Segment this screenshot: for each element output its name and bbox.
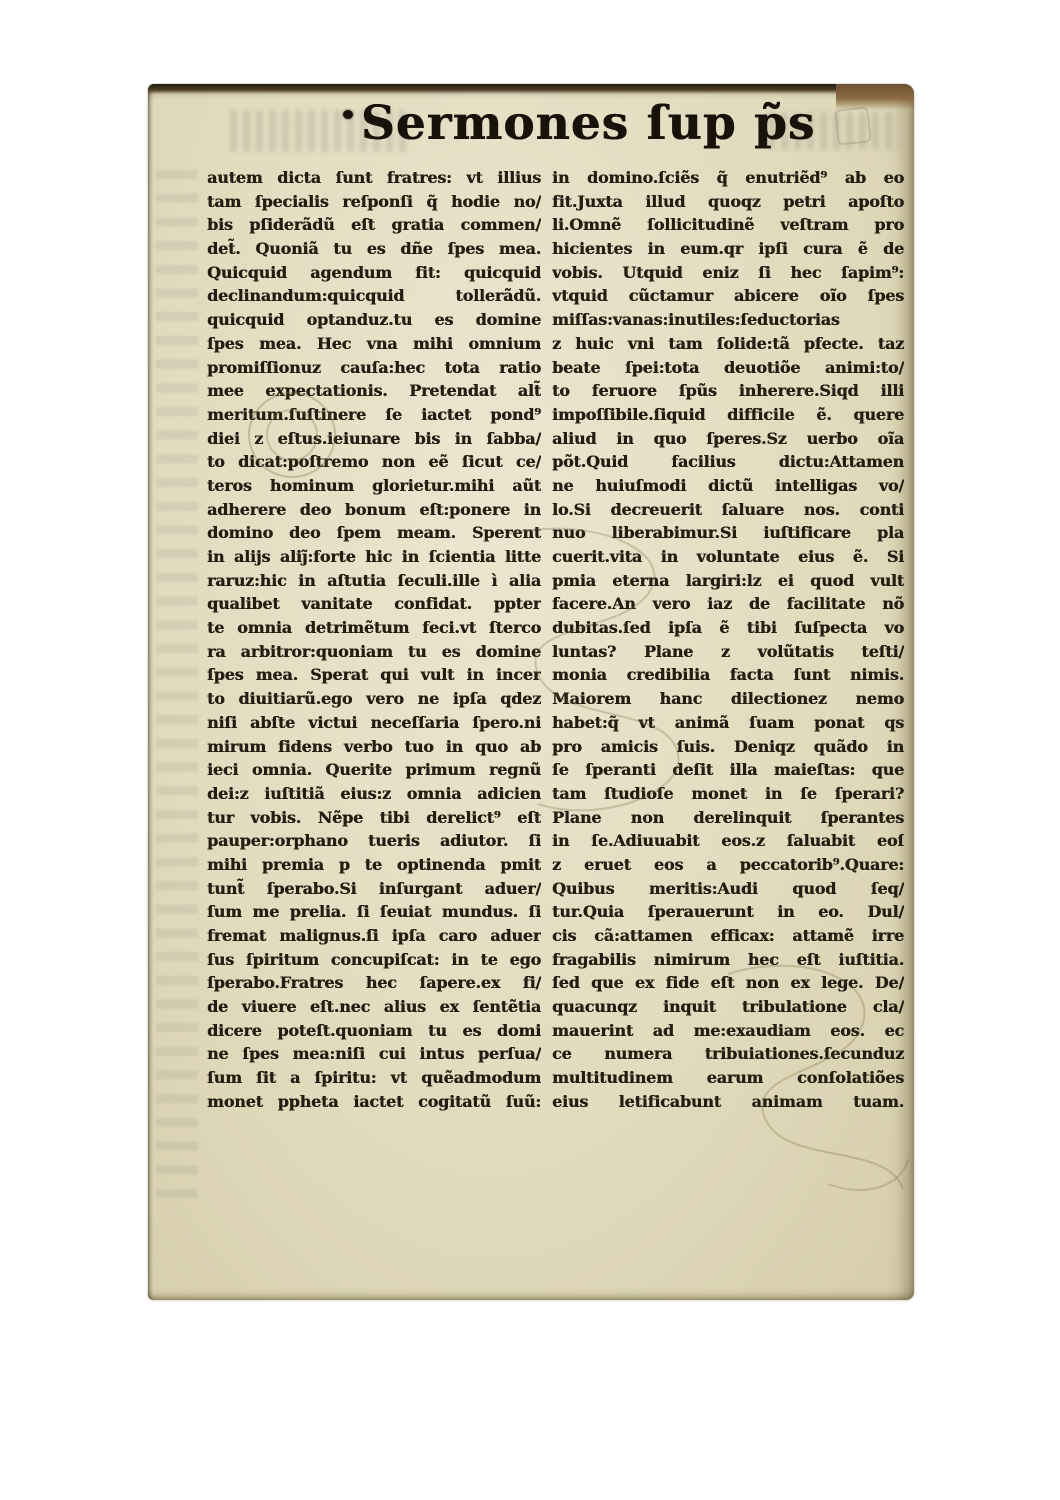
text-column-left: autem dicta ſunt fratres: vt illiustam ſ… <box>207 166 541 1114</box>
text-line: vtquid cũctamur abicere oĩo ſpes <box>552 284 904 308</box>
text-column-right: in domino.ſciẽs q̃ enutriẽd⁹ ab eofit.Ju… <box>552 166 904 1114</box>
page-title: Sermones ſup p̃s <box>288 96 888 158</box>
text-line: ſus ſpiritum concupiſcat: in te ego <box>207 948 541 972</box>
text-line: in domino.ſciẽs q̃ enutriẽd⁹ ab eo <box>552 166 904 190</box>
text-line: facere.An vero iaz de facilitate nõ <box>552 592 904 616</box>
text-line: ieci omnia. Querite primum regnũ <box>207 758 541 782</box>
text-line: eius letificabunt animam tuam. <box>552 1090 904 1114</box>
text-line: Quicquid agendum fit: quicquid <box>207 261 541 285</box>
text-line: declinandum:quicquid tollerãdũ. <box>207 284 541 308</box>
text-line: ce numera tribuiationes.ſecunduz <box>552 1042 904 1066</box>
text-line: Plane non derelinquit ſperantes <box>552 806 904 830</box>
text-line: hicientes in eum.qr ipſi cura ẽ de <box>552 237 904 261</box>
text-line: pauper:orphano tueris adiutor. ſi <box>207 829 541 853</box>
text-line: nuo liberabimur.Si iuſtificare pla <box>552 521 904 545</box>
text-line: z huic vni tam ſolide:tã pfecte. taz <box>552 332 904 356</box>
embossed-stamp-inner-circle <box>266 409 318 461</box>
text-line: luntas? Plane z volũtatis teſti/ <box>552 640 904 664</box>
text-line: to feruore ſpũs inherere.Siqd illi <box>552 379 904 403</box>
text-line: aliud in quo ſperes.Sz uerbo oĩa <box>552 427 904 451</box>
text-line: habet:q̃ vt animã ſuam ponat qs <box>552 711 904 735</box>
text-line: fit.Juxta illud quoqz petri apoſto <box>552 190 904 214</box>
text-line: ſe ſperanti deſit illa maieſtas: que <box>552 758 904 782</box>
text-line: ſperabo.Fratres hec ſapere.ex fi/ <box>207 971 541 995</box>
text-line: niſi abſte victui neceſſaria ſpero.ni <box>207 711 541 735</box>
text-line: dubitas.ſed ipſa ẽ tibi ſuſpecta vo <box>552 616 904 640</box>
text-line: tur.Quia ſperauerunt in eo. Dul/ <box>552 900 904 924</box>
text-line: mirum fidens verbo tuo in quo ab <box>207 735 541 759</box>
text-line: in alijs alij̃:forte hic in ſcientia lit… <box>207 545 541 569</box>
text-line: to diuitiarũ.ego vero ne ipſa qdez <box>207 687 541 711</box>
text-line: ne huiuſmodi dictũ intelligas vo/ <box>552 474 904 498</box>
text-line: mauerint ad me:exaudiam eos. ec <box>552 1019 904 1043</box>
text-line: adherere deo bonum eſt:ponere in <box>207 498 541 522</box>
text-line: tunt̃ ſperabo.Si inſurgant aduer/ <box>207 877 541 901</box>
text-line: mee expectationis. Pretendat alt̃ <box>207 379 541 403</box>
text-line: ne ſpes mea:niſi cui intus perſua/ <box>207 1042 541 1066</box>
text-line: tam ſtudioſe monet in ſe ſperari? <box>552 782 904 806</box>
text-line: in ſe.Adiuuabit eos.z ſaluabit eoſ <box>552 829 904 853</box>
text-line: ſpes mea. Hec vna mihi omnium <box>207 332 541 356</box>
scan-canvas: { "colors": { "paper": "#e3dcc0", "ink":… <box>0 0 1060 1500</box>
embossed-stamp-circle <box>248 392 336 478</box>
text-line: pro amicis ſuis. Deniqz quãdo in <box>552 735 904 759</box>
text-line: qualibet vanitate confidat. ppter <box>207 592 541 616</box>
text-line: monia credibilia facta ſunt nimis. <box>552 663 904 687</box>
text-line: monet ppheta iactet cogitatũ ſuũ: <box>207 1090 541 1114</box>
text-line: ſum ſit a ſpiritu: vt quẽadmodum <box>207 1066 541 1090</box>
text-line: quicquid optanduz.tu es domine <box>207 308 541 332</box>
book-page: Sermones ſup p̃s autem dicta ſunt fratre… <box>148 84 914 1300</box>
text-line: bis pſiderãdũ eſt gratia commen/ <box>207 213 541 237</box>
text-line: te omnia detrimẽtum feci.vt ſterco <box>207 616 541 640</box>
text-line: impoſſibile.ſiquid difficile ẽ. quere <box>552 403 904 427</box>
text-line: autem dicta ſunt fratres: vt illius <box>207 166 541 190</box>
text-line: raruz:hic in aſtutia ſeculi.ille ì alia <box>207 569 541 593</box>
text-line: dicere poteſt.quoniam tu es domi <box>207 1019 541 1043</box>
text-line: miſſas:vanas:inutiles:ſeductorias <box>552 308 904 332</box>
text-line: det̃. Quoniã tu es dñe ſpes mea. <box>207 237 541 261</box>
text-line: beate ſpei:tota deuotiõe animi:to/ <box>552 356 904 380</box>
text-line: ra arbitror:quoniam tu es domine <box>207 640 541 664</box>
text-line: domino deo ſpem meam. Sperent <box>207 521 541 545</box>
text-line: ſum me prelia. ſi ſeuiat mundus. ſi <box>207 900 541 924</box>
text-line: vobis. Utquid eniz ſi hec ſapim⁹: <box>552 261 904 285</box>
text-line: põt.Quid facilius dictu:Attamen <box>552 450 904 474</box>
text-line: quacunqz inquit tribulatione cla/ <box>552 995 904 1019</box>
page-top-shadow-edge <box>148 84 914 94</box>
text-line: fragabilis nimirum hec eſt iuſtitia. <box>552 948 904 972</box>
text-line: Quibus meritis:Audi quod ſeq/ <box>552 877 904 901</box>
text-line: cis cã:attamen efficax: attamẽ irre <box>552 924 904 948</box>
text-line: z eruet eos a peccatorib⁹.Quare: <box>552 853 904 877</box>
text-line: promiſſionuz cauſa:hec tota ratio <box>207 356 541 380</box>
text-line: ſpes mea. Sperat qui vult in incer <box>207 663 541 687</box>
text-line: tam ſpecialis reſponſi q̃ hodie no/ <box>207 190 541 214</box>
text-line: li.Omnẽ ſollicitudinẽ veſtram pro <box>552 213 904 237</box>
text-line: de viuere eſt.nec alius ex ſentẽtia <box>207 995 541 1019</box>
text-line: lo.Si decreuerit ſaluare nos. conti <box>552 498 904 522</box>
text-line: Maiorem hanc dilectionez nemo <box>552 687 904 711</box>
text-line: cuerit.vita in voluntate eius ẽ. Si <box>552 545 904 569</box>
text-line: mihi premia p te optinenda pmit <box>207 853 541 877</box>
text-line: ſed que ex fide eſt non ex lege. De/ <box>552 971 904 995</box>
text-line: pmia eterna largiri:lz ei quod vult <box>552 569 904 593</box>
text-line: dei:z iuſtitiã eius:z omnia adicien <box>207 782 541 806</box>
text-line: fremat malignus.ſi ipſa caro aduer <box>207 924 541 948</box>
text-line: teros hominum glorietur.mihi aũt <box>207 474 541 498</box>
margin-show-through <box>156 170 198 1200</box>
text-line: multitudinem earum conſolatiões <box>552 1066 904 1090</box>
text-line: tur vobis. Nẽpe tibi derelict⁹ eſt <box>207 806 541 830</box>
